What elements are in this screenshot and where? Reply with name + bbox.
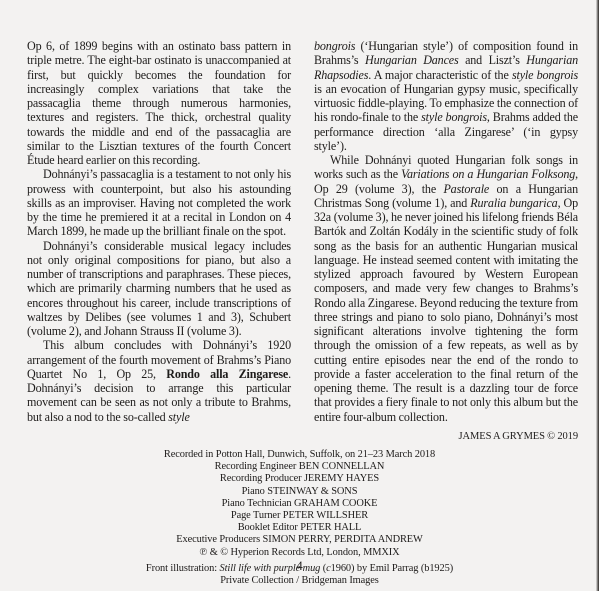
paragraph: This album concludes with Dohnányi’s 192… — [27, 338, 291, 424]
work-title: Rondo alla Zingarese — [166, 367, 288, 381]
text: . A major characteristic of the — [368, 68, 512, 82]
paragraph: Dohnányi’s considerable musical legacy i… — [27, 239, 291, 339]
work-title: Variations on a Hungarian Folksong — [401, 167, 575, 181]
left-column: Op 6, of 1899 begins with an ostinato ba… — [27, 39, 291, 444]
credit-line: Recording Engineer BEN CONNELLAN — [0, 461, 599, 473]
page-number: 4 — [0, 558, 599, 574]
body-text: Op 6, of 1899 begins with an ostinato ba… — [27, 39, 578, 444]
credit-line: Page Turner PETER WILLSHER — [0, 510, 599, 522]
credit-line: Recorded in Potton Hall, Dunwich, Suffol… — [0, 449, 599, 461]
credit-line: Executive Producers SIMON PERRY, PERDITA… — [0, 534, 599, 546]
credit-line: Piano STEINWAY & SONS — [0, 486, 599, 498]
credit-line: Recording Producer JEREMY HAYES — [0, 473, 599, 485]
work-title: Pastorale — [443, 182, 489, 196]
paragraph: While Dohnányi quoted Hungarian folk son… — [314, 153, 578, 424]
collection-credit: Private Collection / Bridgeman Images — [0, 575, 599, 587]
work-title: Hungarian Dances — [365, 53, 459, 67]
term: style bongrois — [512, 68, 578, 82]
paragraph: bongrois (‘Hungarian style’) of composit… — [314, 39, 578, 153]
credit-line: Booklet Editor PETER HALL — [0, 522, 599, 534]
credit-line: Piano Technician GRAHAM COOKE — [0, 498, 599, 510]
paragraph: Op 6, of 1899 begins with an ostinato ba… — [27, 39, 291, 167]
work-title: Ruralia bungarica — [470, 196, 557, 210]
copyright-line: ℗ & © Hyperion Records Ltd, London, MMXI… — [0, 547, 599, 559]
term: style — [168, 410, 189, 424]
term: style bongrois — [421, 110, 487, 124]
text: , Op 32a (volume 3), he never joined his… — [314, 196, 578, 424]
right-column: bongrois (‘Hungarian style’) of composit… — [314, 39, 578, 444]
author-signature: JAMES A GRYMES © 2019 — [314, 430, 578, 444]
paragraph: Dohnányi’s passacaglia is a testament to… — [27, 167, 291, 238]
text: and Liszt’s — [459, 53, 527, 67]
term: bongrois — [314, 39, 355, 53]
